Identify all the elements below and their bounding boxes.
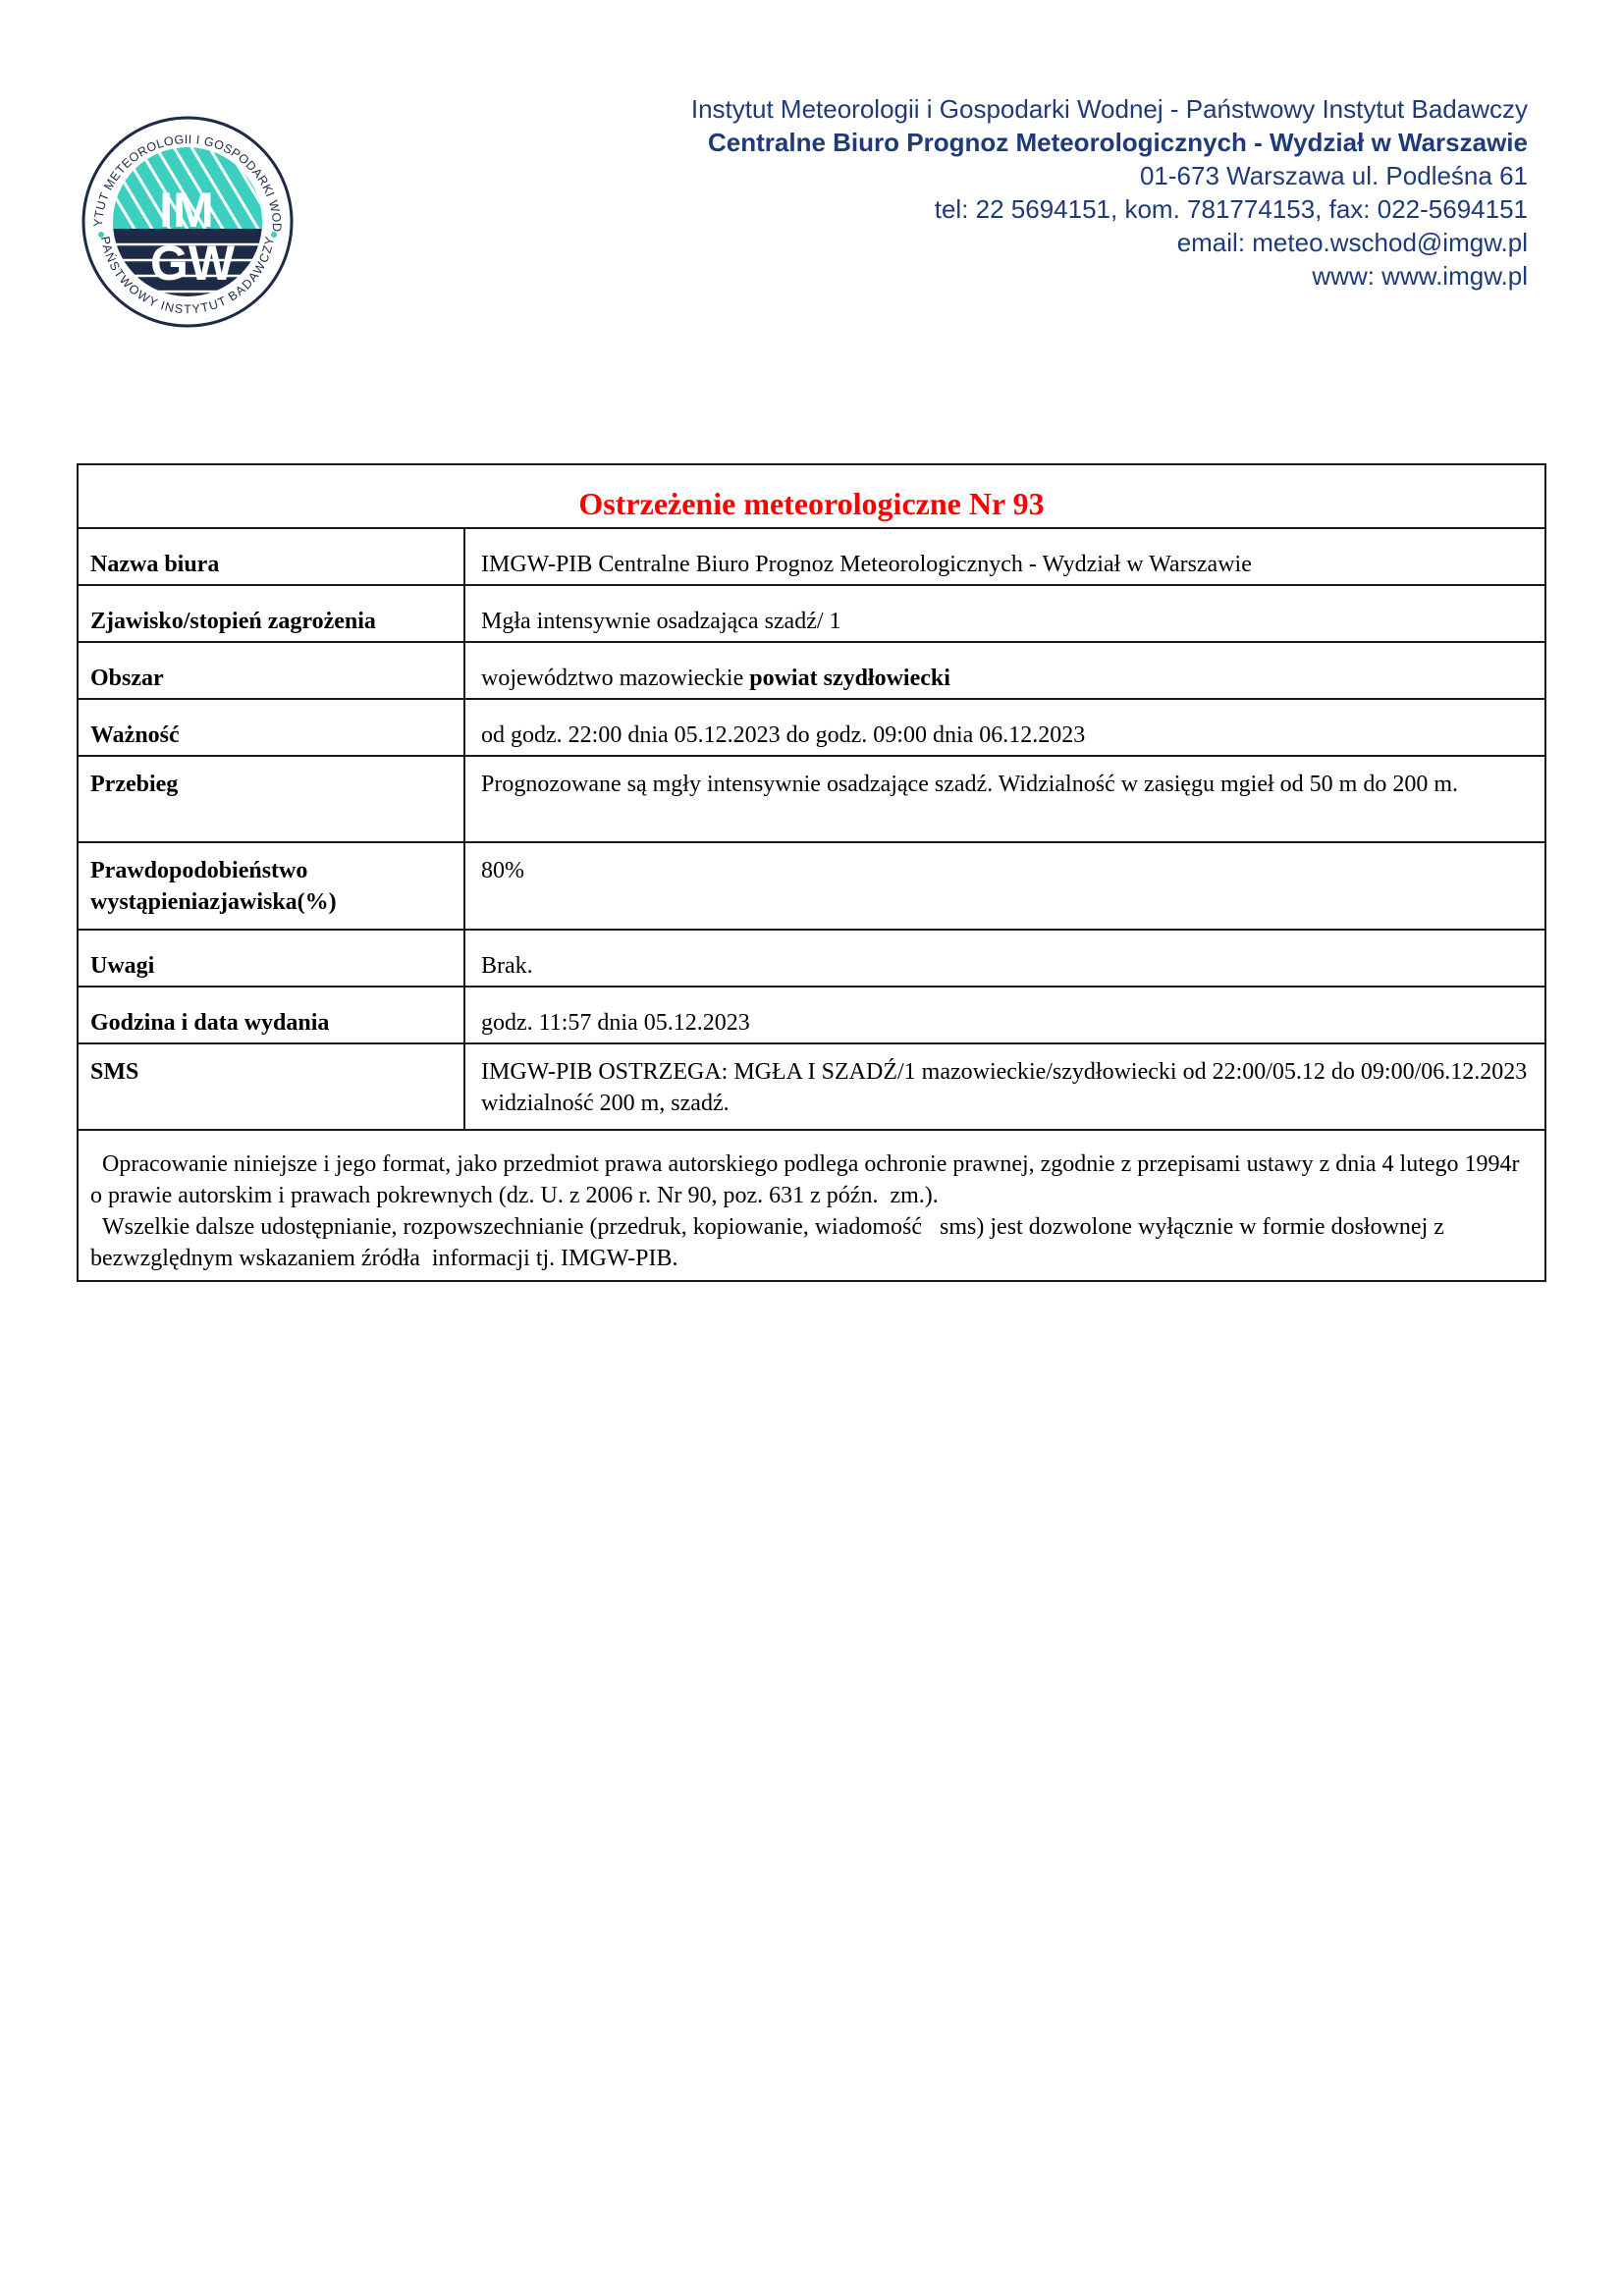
copyright-notice: Opracowanie niniejsze i jego format, jak… xyxy=(79,1131,1544,1280)
row-area: Obszar województwo mazowieckie powiat sz… xyxy=(79,643,1544,700)
row-label: Prawdopodobieństwo wystąpieniazjawiska(%… xyxy=(79,843,465,929)
row-validity: Ważność od godz. 22:00 dnia 05.12.2023 d… xyxy=(79,700,1544,757)
row-issue-date: Godzina i data wydania godz. 11:57 dnia … xyxy=(79,988,1544,1044)
row-value: godz. 11:57 dnia 05.12.2023 xyxy=(465,988,1544,1042)
svg-text:IM: IM xyxy=(159,183,214,238)
institute-name: Instytut Meteorologii i Gospodarki Wodne… xyxy=(691,92,1528,126)
row-remarks: Uwagi Brak. xyxy=(79,931,1544,988)
row-probability: Prawdopodobieństwo wystąpieniazjawiska(%… xyxy=(79,843,1544,931)
row-label: Nazwa biura xyxy=(79,529,465,584)
address: 01-673 Warszawa ul. Podleśna 61 xyxy=(691,159,1528,192)
svg-text:GW: GW xyxy=(150,236,236,291)
row-label: Uwagi xyxy=(79,931,465,986)
row-value: IMGW-PIB OSTRZEGA: MGŁA I SZADŹ/1 mazowi… xyxy=(465,1044,1544,1129)
row-value: 80% xyxy=(465,843,1544,929)
distribution-paragraph: Wszelkie dalsze udostępnianie, rozpowsze… xyxy=(90,1211,1533,1274)
phone-numbers: tel: 22 5694151, kom. 781774153, fax: 02… xyxy=(691,192,1528,226)
area-voivodeship: województwo mazowieckie xyxy=(481,666,749,691)
row-value: IMGW-PIB Centralne Biuro Prognoz Meteoro… xyxy=(465,529,1544,584)
email-link[interactable]: email: meteo.wschod@imgw.pl xyxy=(691,226,1528,259)
row-value: Mgła intensywnie osadzająca szadź/ 1 xyxy=(465,586,1544,641)
warning-title-row: Ostrzeżenie meteorologiczne Nr 93 xyxy=(79,465,1544,529)
row-office-name: Nazwa biura IMGW-PIB Centralne Biuro Pro… xyxy=(79,529,1544,586)
row-value: Brak. xyxy=(465,931,1544,986)
row-phenomenon: Zjawisko/stopień zagrożenia Mgła intensy… xyxy=(79,586,1544,643)
row-label: SMS xyxy=(79,1044,465,1129)
row-label: Ważność xyxy=(79,700,465,755)
area-county: powiat szydłowiecki xyxy=(749,666,950,691)
row-label: Godzina i data wydania xyxy=(79,988,465,1042)
imgw-logo: IM GW INSTYTUT METEOROLOGII I GOSPODARKI… xyxy=(79,113,297,331)
row-value: województwo mazowieckie powiat szydłowie… xyxy=(465,643,1544,698)
warning-table: Ostrzeżenie meteorologiczne Nr 93 Nazwa … xyxy=(77,463,1546,1282)
row-label: Przebieg xyxy=(79,757,465,841)
imgw-logo-icon: IM GW INSTYTUT METEOROLOGII I GOSPODARKI… xyxy=(79,113,297,331)
organization-header: Instytut Meteorologii i Gospodarki Wodne… xyxy=(691,92,1528,293)
row-sms: SMS IMGW-PIB OSTRZEGA: MGŁA I SZADŹ/1 ma… xyxy=(79,1044,1544,1131)
warning-title: Ostrzeżenie meteorologiczne Nr 93 xyxy=(578,484,1044,523)
row-value: od godz. 22:00 dnia 05.12.2023 do godz. … xyxy=(465,700,1544,755)
copyright-paragraph: Opracowanie niniejsze i jego format, jak… xyxy=(90,1148,1533,1211)
bureau-name: Centralne Biuro Prognoz Meteorologicznyc… xyxy=(691,126,1528,159)
website-link[interactable]: www: www.imgw.pl xyxy=(691,259,1528,293)
row-label: Obszar xyxy=(79,643,465,698)
row-value: Prognozowane są mgły intensywnie osadzaj… xyxy=(465,757,1544,841)
row-label: Zjawisko/stopień zagrożenia xyxy=(79,586,465,641)
row-course: Przebieg Prognozowane są mgły intensywni… xyxy=(79,757,1544,843)
